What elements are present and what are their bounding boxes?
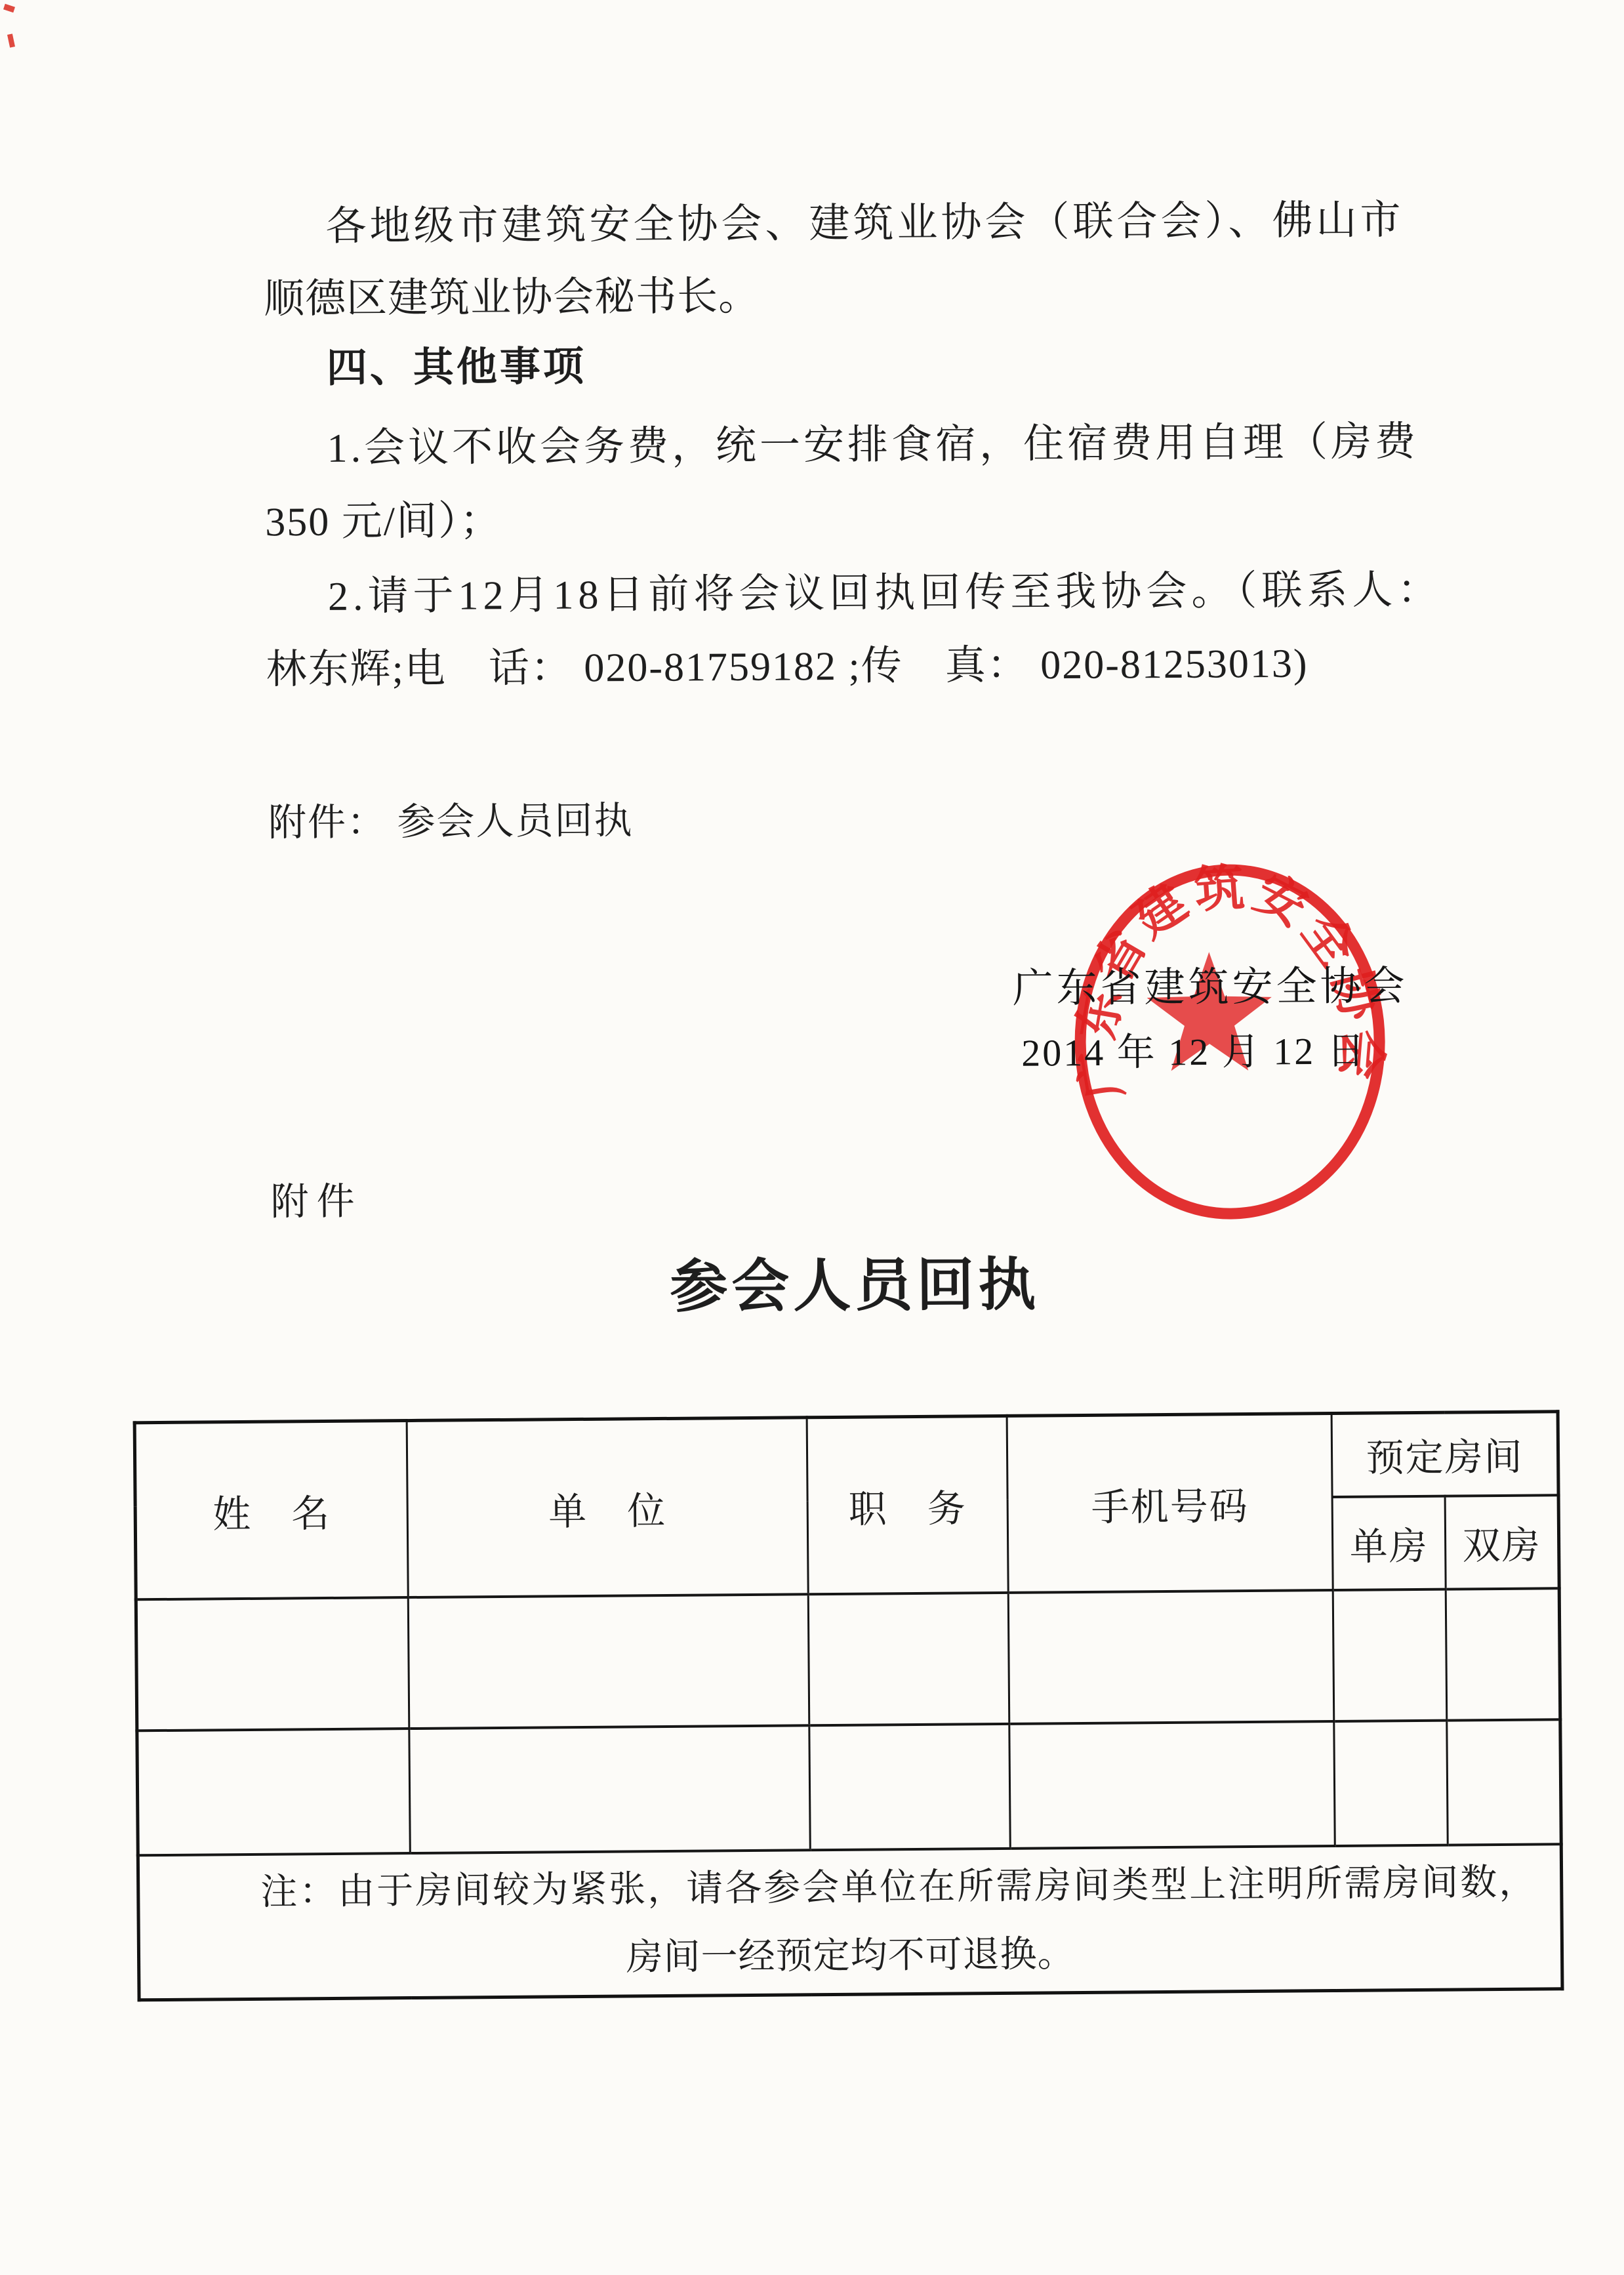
list-item-line: 林东辉;电 话： 020-81759182 ;传 真： 020-81253013… (266, 641, 1308, 694)
empty-cell (136, 1597, 409, 1731)
empty-cell (409, 1725, 810, 1853)
table-note-row: 注：由于房间较为紧张，请各参会单位在所需房间类型上注明所需房间数， 房间一经预定… (138, 1844, 1562, 1999)
signature-org-name: 广东省建筑安全协会 (1012, 964, 1408, 1013)
scanned-document-page: 各地级市建筑安全协会、建筑业协会（联合会）、佛山市 顺德区建筑业协会秘书长。 四… (0, 0, 1624, 2275)
attendee-reply-table: 姓 名 单 位 职 务 手机号码 预定房间 单房 双房 (133, 1410, 1564, 2001)
attachment-reference: 附件： 参会人员回执 (268, 799, 634, 845)
empty-cell (1333, 1589, 1447, 1721)
header-position: 职 务 (807, 1416, 1008, 1594)
empty-cell (1447, 1719, 1562, 1845)
empty-cell (809, 1724, 1010, 1850)
header-unit: 单 位 (407, 1418, 808, 1597)
empty-cell (408, 1594, 809, 1729)
reply-table-container: 姓 名 单 位 职 务 手机号码 预定房间 单房 双房 (133, 1410, 1561, 2001)
list-item-line: 350 元/间）； (265, 498, 502, 546)
attachment-title: 参会人员回执 (1, 1248, 1624, 1325)
table-header-row: 姓 名 单 位 职 务 手机号码 预定房间 (134, 1412, 1558, 1506)
paragraph-line: 各地级市建筑安全协会、建筑业协会（联合会）、佛山市 (325, 197, 1404, 251)
empty-cell (1446, 1588, 1560, 1720)
empty-cell (1008, 1590, 1334, 1724)
note-line: 房间一经预定均不可退换。 (140, 1932, 1560, 1980)
header-room-booking: 预定房间 (1331, 1412, 1558, 1497)
section-heading: 四、其他事项 (327, 344, 586, 392)
attachment-label: 附件 (270, 1180, 362, 1225)
table-row (136, 1588, 1560, 1731)
header-single-room: 单房 (1332, 1496, 1446, 1590)
document-content: 各地级市建筑安全协会、建筑业协会（联合会）、佛山市 顺德区建筑业协会秘书长。 四… (0, 0, 1624, 2275)
table-row (137, 1719, 1561, 1855)
header-phone: 手机号码 (1007, 1413, 1333, 1592)
empty-cell (1009, 1721, 1335, 1849)
list-item-line: 1.会议不收会务费，统一安排食宿，住宿费用自理（房费 (327, 419, 1419, 472)
paragraph-line: 顺德区建筑业协会秘书长。 (264, 274, 760, 323)
list-item-line: 2.请于12月18日前将会议回执回传至我协会。（联系人： (328, 567, 1443, 621)
empty-cell (1334, 1721, 1448, 1846)
table-note-cell: 注：由于房间较为紧张，请各参会单位在所需房间类型上注明所需房间数， 房间一经预定… (138, 1844, 1562, 1999)
empty-cell (137, 1729, 410, 1855)
empty-cell (808, 1593, 1009, 1725)
note-line: 注：由于房间较为紧张，请各参会单位在所需房间类型上注明所需房间数， (140, 1864, 1560, 1912)
header-double-room: 双房 (1445, 1495, 1559, 1589)
signature-date: 2014 年 12 月 12 日 (1021, 1029, 1367, 1075)
header-name: 姓 名 (134, 1421, 408, 1600)
